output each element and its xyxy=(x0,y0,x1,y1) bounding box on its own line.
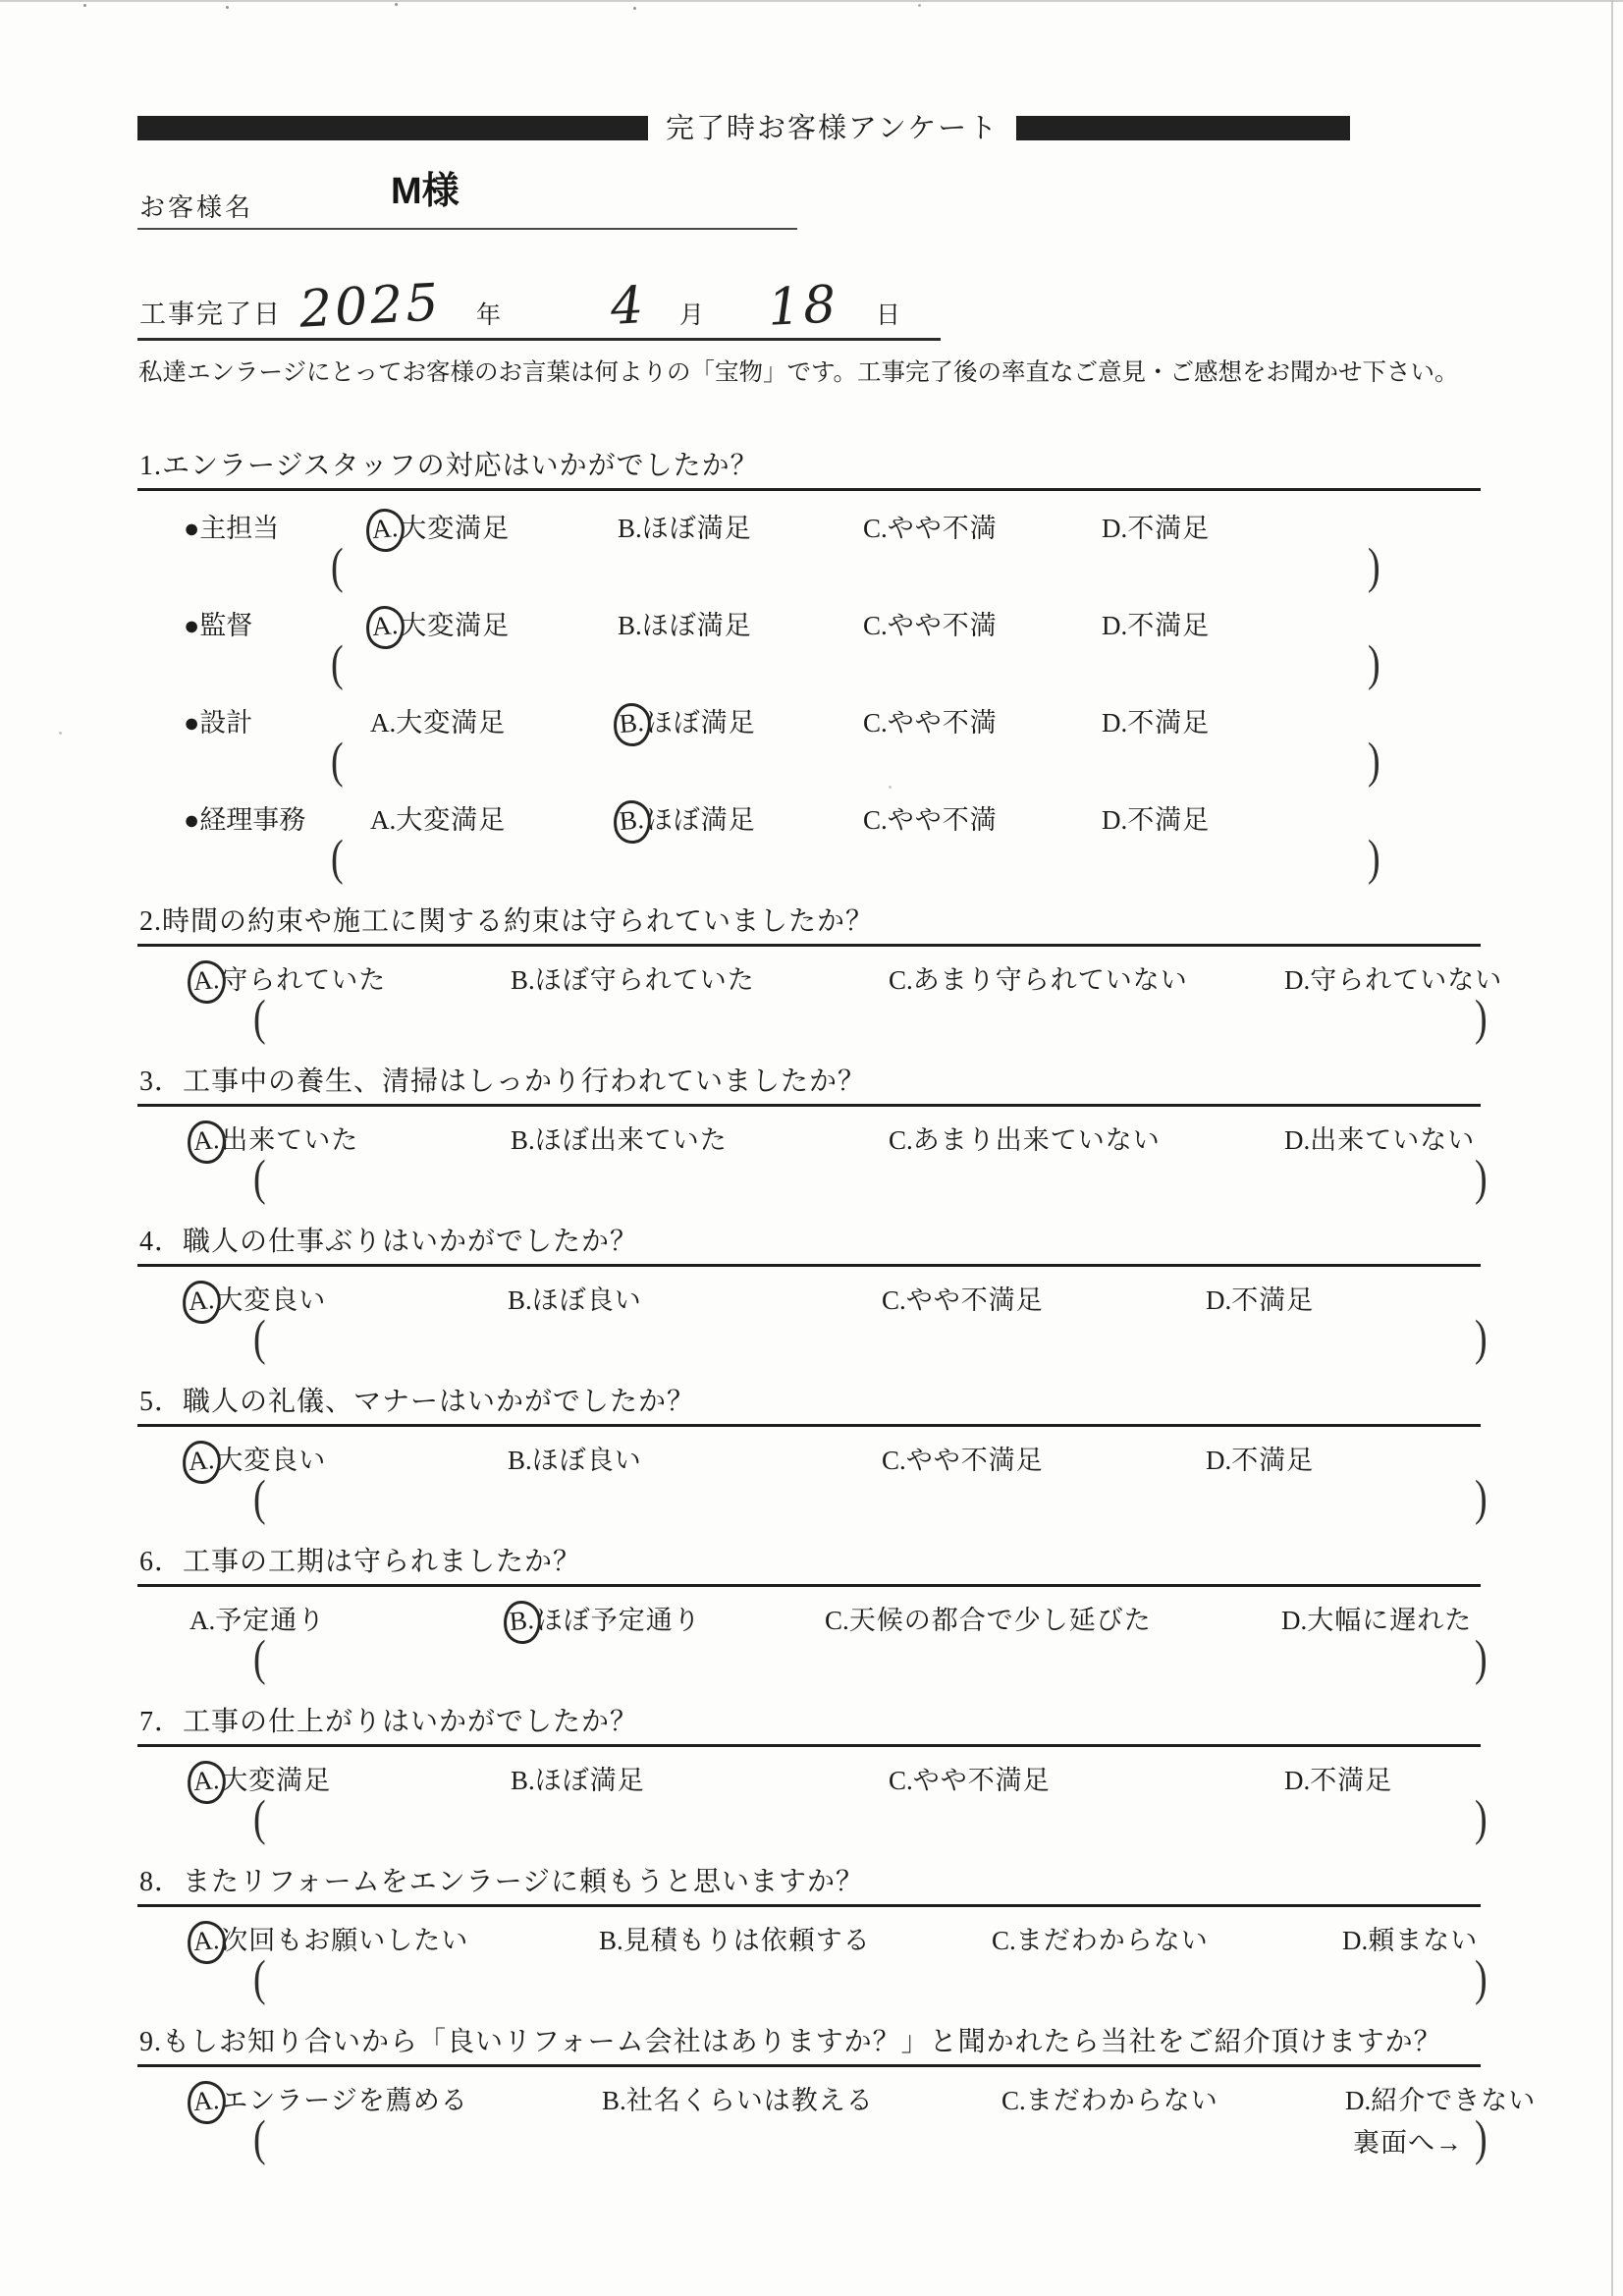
title-decoration-bar-right xyxy=(1016,116,1350,140)
option-d: D.不満足 xyxy=(1284,1759,1481,1797)
option-letter: C. xyxy=(889,965,913,995)
option-letter: C. xyxy=(863,708,888,738)
comment-area: () xyxy=(137,1801,1481,1840)
question-title: 6．工事の工期は守られましたか？ xyxy=(137,1540,1481,1587)
option-letter: C. xyxy=(863,514,888,543)
option-text: やや不満足 xyxy=(906,1446,1044,1475)
option-letter: D. xyxy=(1206,1285,1231,1315)
close-paren: ) xyxy=(1475,1469,1488,1527)
option-b: B.社名くらいは教える xyxy=(602,2079,1001,2117)
open-paren: ( xyxy=(253,2109,266,2167)
close-paren: ) xyxy=(1475,2109,1488,2167)
option-text: 大変満足 xyxy=(400,514,510,543)
option-text: あまり出来ていない xyxy=(913,1125,1161,1155)
option-text: ほぼ守られていた xyxy=(535,965,755,995)
option-d: D.不満足 xyxy=(1206,1439,1481,1477)
question-4: 4．職人の仕事ぶりはいかがでしたか？A.大変良いB.ほぼ良いC.やや不満足D.不… xyxy=(137,1220,1481,1360)
option-row: A.予定通りB.ほぼ予定通りC.天候の都合で少し延びたD.大幅に遅れた xyxy=(137,1599,1481,1637)
question-3: 3．工事中の養生、清掃はしっかり行われていましたか？A.出来ていたB.ほぼ出来て… xyxy=(137,1060,1481,1200)
question-title: 8．またリフォームをエンラージに頼もうと思いますか？ xyxy=(137,1860,1481,1907)
option-text: 天候の都合で少し延びた xyxy=(849,1606,1152,1635)
option-letter: D. xyxy=(1284,1125,1310,1155)
question-2: 2.時間の約束や施工に関する約束は守られていましたか？A.守られていたB.ほぼ守… xyxy=(137,900,1481,1040)
option-text: やや不満 xyxy=(888,514,998,543)
question-6: 6．工事の工期は守られましたか？A.予定通りB.ほぼ予定通りC.天候の都合で少し… xyxy=(137,1540,1481,1680)
option-a: A.大変満足 xyxy=(370,507,618,545)
option-row: A.エンラージを薦めるB.社名くらいは教えるC.まだわからないD.紹介できない xyxy=(137,2079,1481,2117)
option-text: 大幅に遅れた xyxy=(1307,1606,1472,1635)
option-text: 大変満足 xyxy=(221,1766,331,1795)
option-d: D.不満足 xyxy=(1102,798,1481,837)
option-letter: C. xyxy=(825,1606,849,1635)
question-1: 1.エンラージスタッフの対応はいかがでしたか？●主担当A.大変満足B.ほぼ満足C… xyxy=(137,444,1481,880)
option-text: やや不満足 xyxy=(906,1285,1044,1315)
option-a: A.大変良い xyxy=(187,1439,508,1477)
comment-area: () xyxy=(137,1161,1481,1200)
option-letter: B. xyxy=(618,514,642,543)
option-d: D.不満足 xyxy=(1102,507,1481,545)
option-text: 大変良い xyxy=(216,1285,326,1315)
option-letter: C. xyxy=(889,1125,913,1155)
option-text: 守られていない xyxy=(1310,965,1502,995)
option-text: ほぼ満足 xyxy=(642,611,752,640)
option-letter: C. xyxy=(882,1285,906,1315)
option-a: A.大変満足 xyxy=(370,604,618,642)
option-text: 不満足 xyxy=(1231,1285,1314,1315)
option-text: まだわからない xyxy=(1016,1926,1209,1955)
option-text: やや不満 xyxy=(888,611,998,640)
option-a: A.大変良い xyxy=(187,1279,508,1317)
open-paren: ( xyxy=(253,1149,266,1207)
scan-speck xyxy=(59,732,62,735)
option-letter: D. xyxy=(1284,1766,1310,1795)
option-c: C.あまり出来ていない xyxy=(889,1119,1284,1157)
comment-area: () xyxy=(137,1001,1481,1040)
option-text: ほぼ満足 xyxy=(535,1766,645,1795)
option-a: A.予定通り xyxy=(189,1599,508,1637)
option-row: A.大変満足B.ほぼ満足C.やや不満足D.不満足 xyxy=(137,1759,1481,1797)
option-c: C.やや不満 xyxy=(863,798,1102,837)
option-a: A.出来ていた xyxy=(191,1119,511,1157)
option-text: 不満足 xyxy=(1127,805,1210,835)
open-paren: ( xyxy=(331,829,344,887)
questions: 1.エンラージスタッフの対応はいかがでしたか？●主担当A.大変満足B.ほぼ満足C… xyxy=(137,444,1481,2180)
open-paren: ( xyxy=(253,1629,266,1687)
title-decoration-bar-left xyxy=(137,116,648,140)
option-a: A.大変満足 xyxy=(370,701,618,739)
option-text: あまり守られていない xyxy=(913,965,1188,995)
option-letter: C. xyxy=(882,1446,906,1475)
option-letter: A. xyxy=(189,1606,215,1635)
comment-area: () xyxy=(137,1481,1481,1520)
option-text: 不満足 xyxy=(1127,514,1210,543)
close-paren: ) xyxy=(1475,1949,1488,2007)
option-letter: B. xyxy=(599,1926,623,1955)
option-letter: C. xyxy=(863,805,888,835)
close-paren: ) xyxy=(1475,1789,1488,1847)
form-title-bar: 完了時お客様アンケート xyxy=(137,108,1350,148)
question-title: 1.エンラージスタッフの対応はいかがでしたか？ xyxy=(137,444,1481,491)
option-b: B.ほぼ出来ていた xyxy=(511,1119,889,1157)
option-b: B.ほぼ満足 xyxy=(511,1759,889,1797)
option-c: C.まだわからない xyxy=(1001,2079,1345,2117)
option-letter: B. xyxy=(511,965,535,995)
option-d: D.出来ていない xyxy=(1284,1119,1481,1157)
scan-speck xyxy=(918,4,921,7)
customer-name-label: お客様名 xyxy=(139,188,253,224)
option-d: D.不満足 xyxy=(1102,701,1481,739)
question-title: 4．職人の仕事ぶりはいかがでしたか？ xyxy=(137,1220,1481,1267)
option-letter: C. xyxy=(889,1766,913,1795)
question-9: 9.もしお知り合いから「良いリフォーム会社はありますか？」と聞かれたら当社をご紹… xyxy=(137,2020,1481,2160)
option-b: B.ほぼ満足 xyxy=(618,604,863,642)
scan-speck xyxy=(633,7,636,10)
option-text: ほぼ良い xyxy=(532,1446,642,1475)
option-text: 社名くらいは教える xyxy=(626,2086,874,2115)
form-title: 完了時お客様アンケート xyxy=(666,106,999,146)
question-5: 5．職人の礼儀、マナーはいかがでしたか？A.大変良いB.ほぼ良いC.やや不満足D… xyxy=(137,1380,1481,1520)
option-c: C.あまり守られていない xyxy=(889,958,1284,997)
option-b: B.ほぼ満足 xyxy=(618,507,863,545)
comment-area: () xyxy=(137,2121,1481,2160)
option-text: 不満足 xyxy=(1127,708,1210,738)
option-text: まだわからない xyxy=(1026,2086,1218,2115)
option-text: 不満足 xyxy=(1127,611,1210,640)
option-a: A.大変満足 xyxy=(191,1759,511,1797)
option-letter: B. xyxy=(511,1125,535,1155)
option-text: ほぼ出来ていた xyxy=(535,1125,728,1155)
close-paren: ) xyxy=(1475,1149,1488,1207)
option-letter: D. xyxy=(1102,514,1127,543)
option-letter: C. xyxy=(992,1926,1016,1955)
option-text: 大変満足 xyxy=(400,611,510,640)
question-title: 5．職人の礼儀、マナーはいかがでしたか？ xyxy=(137,1380,1481,1427)
option-letter: C. xyxy=(863,611,888,640)
open-paren: ( xyxy=(331,732,344,790)
comment-area: () xyxy=(137,646,1481,685)
option-d: D.頼まない xyxy=(1342,1919,1481,1957)
comment-area: () xyxy=(137,1641,1481,1680)
footer-note: 裏面へ→ xyxy=(1353,2121,1463,2159)
option-text: やや不満足 xyxy=(913,1766,1051,1795)
open-paren: ( xyxy=(253,1789,266,1847)
option-letter: D. xyxy=(1206,1446,1231,1475)
option-text: 頼まない xyxy=(1368,1926,1478,1955)
option-letter: B. xyxy=(618,611,642,640)
open-paren: ( xyxy=(331,537,344,595)
option-letter: A. xyxy=(370,708,396,738)
option-d: D.大幅に遅れた xyxy=(1281,1599,1481,1637)
option-letter: B. xyxy=(508,1285,532,1315)
open-paren: ( xyxy=(253,1949,266,2007)
option-letter: B. xyxy=(511,1766,535,1795)
option-row: A.次回もお願いしたいB.見積もりは依頼するC.まだわからないD.頼まない xyxy=(137,1919,1481,1957)
question-title: 7．工事の仕上がりはいかがでしたか？ xyxy=(137,1700,1481,1747)
close-paren: ) xyxy=(1475,1309,1488,1367)
option-b: B.ほぼ守られていた xyxy=(511,958,889,997)
open-paren: ( xyxy=(253,989,266,1047)
option-b: B.見積もりは依頼する xyxy=(599,1919,992,1957)
completion-date-label: 工事完了日 xyxy=(139,293,282,331)
scanned-survey-page: 完了時お客様アンケート お客様名 M様 工事完了日 2025 年 4 月 18 … xyxy=(0,0,1623,2296)
scan-edge-artifact-right xyxy=(1611,0,1613,2296)
close-paren: ) xyxy=(1368,537,1380,595)
option-c: C.やや不満足 xyxy=(882,1279,1206,1317)
option-c: C.天候の都合で少し延びた xyxy=(825,1599,1281,1637)
option-text: 守られていた xyxy=(221,965,386,995)
handwritten-month: 4 xyxy=(609,276,647,337)
close-paren: ) xyxy=(1368,829,1380,887)
close-paren: ) xyxy=(1475,989,1488,1047)
month-unit: 月 xyxy=(679,296,704,331)
option-text: やや不満 xyxy=(888,805,998,835)
option-b: B.ほぼ良い xyxy=(508,1439,882,1477)
option-row: A.守られていたB.ほぼ守られていたC.あまり守られていないD.守られていない xyxy=(137,958,1481,997)
scan-speck xyxy=(226,6,229,9)
option-d: D.不満足 xyxy=(1206,1279,1481,1317)
close-paren: ) xyxy=(1368,634,1380,692)
option-row: A.出来ていたB.ほぼ出来ていたC.あまり出来ていないD.出来ていない xyxy=(137,1119,1481,1157)
question-8: 8．またリフォームをエンラージに頼もうと思いますか？A.次回もお願いしたいB.見… xyxy=(137,1860,1481,2000)
option-letter: D. xyxy=(1342,1926,1368,1955)
option-text: 不満足 xyxy=(1310,1766,1392,1795)
comment-area: () xyxy=(137,549,1481,588)
option-text: 出来ていない xyxy=(1310,1125,1475,1155)
comment-area: () xyxy=(137,841,1481,880)
question-title: 2.時間の約束や施工に関する約束は守られていましたか？ xyxy=(137,900,1481,947)
option-b: B.ほぼ予定通り xyxy=(508,1599,825,1637)
option-letter: D. xyxy=(1345,2086,1371,2115)
open-paren: ( xyxy=(253,1309,266,1367)
option-b: B.ほぼ満足 xyxy=(618,798,863,837)
option-text: 大変満足 xyxy=(396,805,506,835)
option-text: ほぼ満足 xyxy=(646,805,756,835)
handwritten-year: 2025 xyxy=(298,273,443,339)
comment-area: () xyxy=(137,743,1481,783)
completion-date-field: 工事完了日 2025 年 4 月 18 日 xyxy=(137,281,941,341)
intro-text: 私達エンラージにとってお客様のお言葉は何よりの「宝物」です。工事完了後の率直なご… xyxy=(138,354,1513,388)
scan-speck xyxy=(395,3,398,6)
option-letter: D. xyxy=(1102,611,1127,640)
option-text: ほぼ満足 xyxy=(642,514,752,543)
customer-name-field: お客様名 M様 xyxy=(137,159,797,230)
close-paren: ) xyxy=(1368,732,1380,790)
comment-area: () xyxy=(137,1961,1481,2000)
option-letter: C. xyxy=(1001,2086,1026,2115)
day-unit: 日 xyxy=(876,296,900,331)
question-title: 9.もしお知り合いから「良いリフォーム会社はありますか？」と聞かれたら当社をご紹… xyxy=(137,2020,1481,2067)
option-row: A.大変良いB.ほぼ良いC.やや不満足D.不満足 xyxy=(137,1279,1481,1317)
option-text: 大変満足 xyxy=(396,708,506,738)
option-letter: D. xyxy=(1102,708,1127,738)
year-unit: 年 xyxy=(476,296,501,331)
option-d: D.守られていない xyxy=(1284,958,1502,997)
question-7: 7．工事の仕上がりはいかがでしたか？A.大変満足B.ほぼ満足C.やや不満足D.不… xyxy=(137,1700,1481,1840)
option-text: やや不満 xyxy=(888,708,998,738)
handwritten-day: 18 xyxy=(766,275,839,338)
option-letter: D. xyxy=(1284,965,1310,995)
option-text: 大変良い xyxy=(216,1446,326,1475)
open-paren: ( xyxy=(331,634,344,692)
option-text: 見積もりは依頼する xyxy=(623,1926,871,1955)
option-c: C.やや不満足 xyxy=(889,1759,1284,1797)
option-c: C.やや不満 xyxy=(863,507,1102,545)
option-c: C.やや不満 xyxy=(863,604,1102,642)
option-text: 紹介できない xyxy=(1371,2086,1536,2115)
customer-name-value: M様 xyxy=(391,160,460,214)
option-text: ほぼ満足 xyxy=(646,708,756,738)
option-text: 予定通り xyxy=(215,1606,325,1635)
comment-area: () xyxy=(137,1321,1481,1360)
question-title: 3．工事中の養生、清掃はしっかり行われていましたか？ xyxy=(137,1060,1481,1107)
option-row: A.大変良いB.ほぼ良いC.やや不満足D.不満足 xyxy=(137,1439,1481,1477)
option-c: C.やや不満足 xyxy=(882,1439,1206,1477)
option-c: C.やや不満 xyxy=(863,701,1102,739)
open-paren: ( xyxy=(253,1469,266,1527)
option-text: 出来ていた xyxy=(221,1125,358,1155)
close-paren: ) xyxy=(1475,1629,1488,1687)
scan-speck xyxy=(83,4,86,7)
option-letter: D. xyxy=(1102,805,1127,835)
option-c: C.まだわからない xyxy=(992,1919,1342,1957)
scan-edge-artifact-top xyxy=(0,0,1623,2)
option-letter: A. xyxy=(370,805,396,835)
option-a: A.守られていた xyxy=(191,958,511,997)
option-a: A.大変満足 xyxy=(370,798,618,837)
option-letter: D. xyxy=(1281,1606,1307,1635)
option-d: D.不満足 xyxy=(1102,604,1481,642)
option-text: ほぼ良い xyxy=(532,1285,642,1315)
option-letter: B. xyxy=(508,1446,532,1475)
option-b: B.ほぼ良い xyxy=(508,1279,882,1317)
option-d: D.紹介できない xyxy=(1345,2079,1536,2117)
option-text: 不満足 xyxy=(1231,1446,1314,1475)
option-b: B.ほぼ満足 xyxy=(618,701,863,739)
option-text: ほぼ予定通り xyxy=(536,1606,701,1635)
option-letter: B. xyxy=(602,2086,626,2115)
